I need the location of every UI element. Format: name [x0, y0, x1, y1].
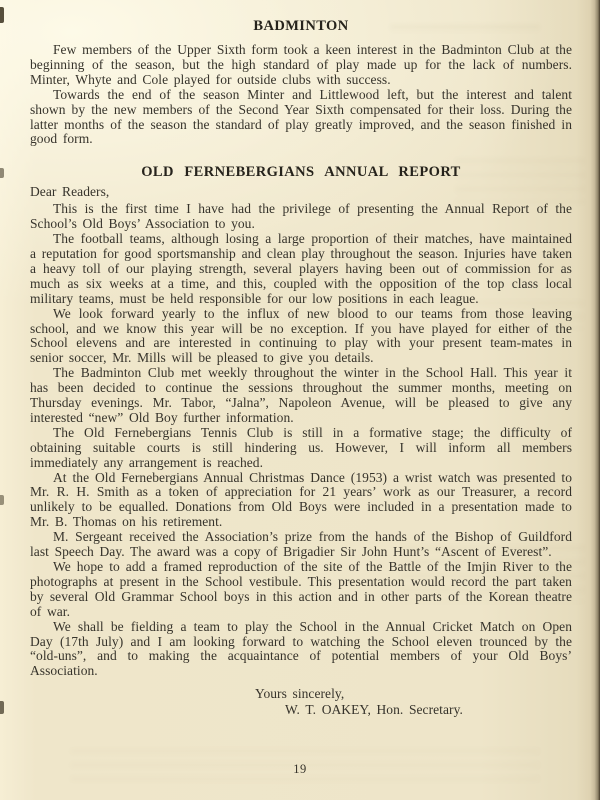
closing-line: Yours sincerely, — [255, 687, 572, 702]
scan-edge-mark — [0, 495, 4, 505]
scan-edge-mark — [0, 168, 4, 178]
page-content: BADMINTON Few members of the Upper Sixth… — [30, 11, 572, 718]
report-paragraph-6: At the Old Fernebergians Annual Christma… — [30, 471, 572, 531]
salutation: Dear Readers, — [30, 185, 572, 200]
section-badminton: BADMINTON Few members of the Upper Sixth… — [30, 16, 572, 147]
badminton-paragraph-1: Few members of the Upper Sixth form took… — [30, 43, 572, 88]
page-gutter-shadow — [590, 0, 600, 800]
scan-edge-mark — [0, 701, 4, 714]
section-annual-report: OLD FERNEBERGIANS ANNUAL REPORT Dear Rea… — [30, 162, 572, 718]
badminton-paragraph-2: Towards the end of the season Minter and… — [30, 88, 572, 148]
page-number: 19 — [0, 762, 600, 777]
report-paragraph-7: M. Sergeant received the Association’s p… — [30, 530, 572, 560]
scanned-document-page: BADMINTON Few members of the Upper Sixth… — [0, 0, 600, 800]
section-title-badminton: BADMINTON — [30, 16, 572, 36]
report-paragraph-1: This is the first time I have had the pr… — [30, 202, 572, 232]
report-paragraph-3: We look forward yearly to the influx of … — [30, 307, 572, 367]
report-paragraph-4: The Badminton Club met weekly throughout… — [30, 366, 572, 426]
report-paragraph-9: We shall be fielding a team to play the … — [30, 620, 572, 680]
report-paragraph-8: We hope to add a framed reproduction of … — [30, 560, 572, 620]
report-paragraph-2: The football teams, although losing a la… — [30, 232, 572, 307]
report-paragraph-5: The Old Fernebergians Tennis Club is sti… — [30, 426, 572, 471]
scan-edge-mark — [0, 7, 4, 23]
section-title-annual-report: OLD FERNEBERGIANS ANNUAL REPORT — [30, 162, 572, 182]
signature-line: W. T. OAKEY, Hon. Secretary. — [285, 703, 572, 718]
